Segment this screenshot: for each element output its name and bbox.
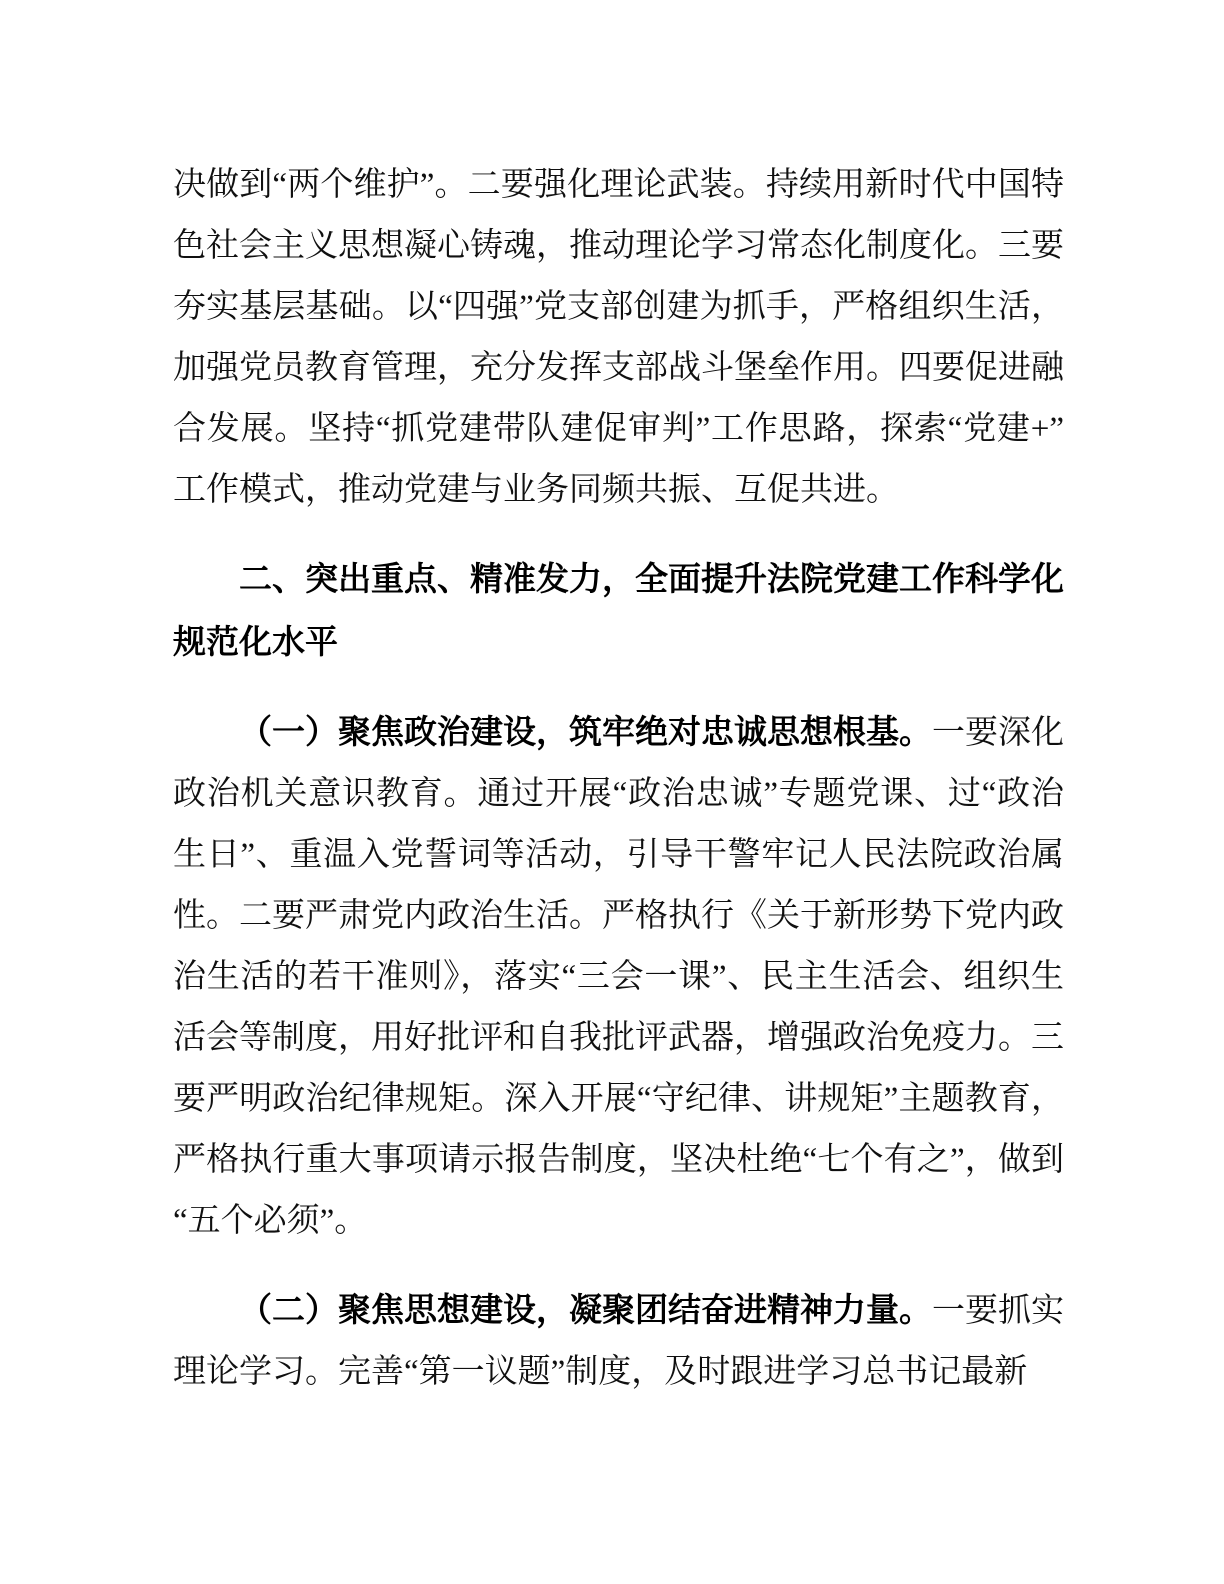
emphasis-run: （二）聚焦思想建设，凝聚团结奋进精神力量。 [239, 1291, 932, 1328]
text-run: 一要深化政治机关意识教育。通过开展“政治忠诚”专题党课、过“政治生日”、重温入党… [173, 715, 1064, 1239]
emphasis-run: 二、突出重点、精准发力，全面提升法院党建工作科学化规范化水平 [173, 560, 1064, 660]
body-paragraph: 决做到“两个维护”。二要强化理论武装。持续用新时代中国特色社会主义思想凝心铸魂，… [173, 155, 1064, 521]
body-paragraph: （二）聚焦思想建设，凝聚团结奋进精神力量。一要抓实理论学习。完善“第一议题”制度… [173, 1279, 1064, 1403]
document-page: 决做到“两个维护”。二要强化理论武装。持续用新时代中国特色社会主义思想凝心铸魂，… [0, 0, 1224, 1584]
text-run: 决做到“两个维护”。二要强化理论武装。持续用新时代中国特色社会主义思想凝心铸魂，… [173, 167, 1064, 508]
emphasis-run: （一）聚焦政治建设，筑牢绝对忠诚思想根基。 [239, 713, 932, 750]
body-paragraph: （一）聚焦政治建设，筑牢绝对忠诚思想根基。一要深化政治机关意识教育。通过开展“政… [173, 701, 1064, 1252]
section-heading: 二、突出重点、精准发力，全面提升法院党建工作科学化规范化水平 [173, 548, 1064, 674]
document-body: 决做到“两个维护”。二要强化理论武装。持续用新时代中国特色社会主义思想凝心铸魂，… [173, 155, 1064, 1403]
